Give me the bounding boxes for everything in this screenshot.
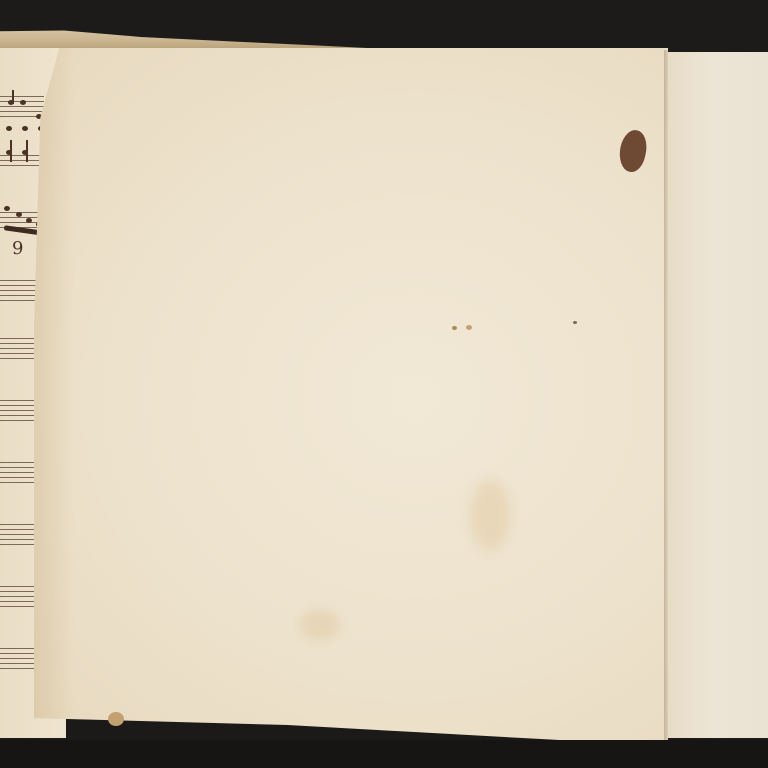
music-note (20, 100, 26, 105)
foxing-spot (573, 321, 577, 324)
music-note (16, 212, 22, 217)
music-staff (0, 155, 44, 170)
foxing-stain (108, 712, 124, 726)
music-note (4, 206, 10, 211)
water-stain (470, 480, 510, 550)
note-stem (26, 140, 28, 162)
foxing-spot (466, 325, 472, 330)
foxing-spot (452, 326, 457, 330)
dark-background-bottom (0, 740, 768, 768)
note-stem (12, 90, 14, 104)
water-stain (300, 610, 340, 640)
facing-page-edge (668, 52, 768, 738)
music-note (6, 126, 12, 131)
music-note (22, 126, 28, 131)
blank-manuscript-page (34, 48, 668, 746)
music-note (26, 218, 32, 223)
measure-number: 9 (12, 240, 23, 258)
note-stem (10, 140, 12, 162)
